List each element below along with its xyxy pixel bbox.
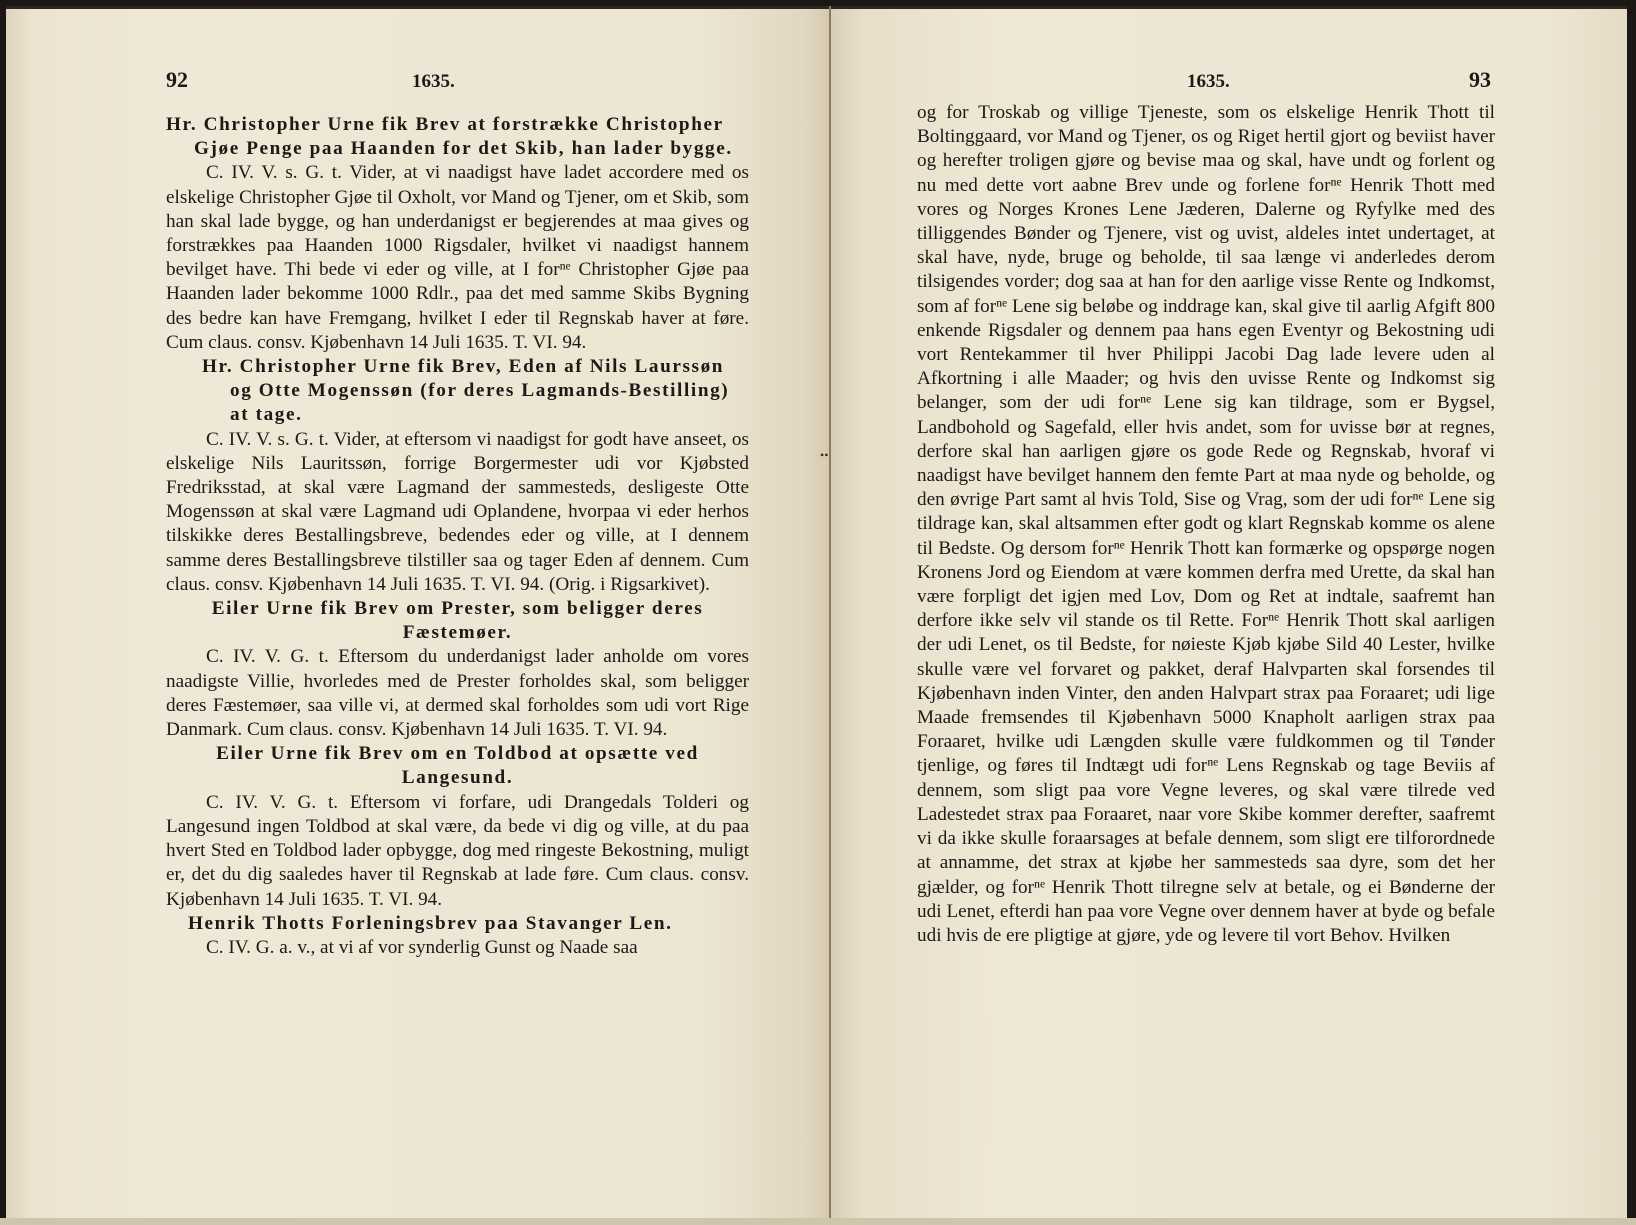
page-number-left: 92 [166,67,188,93]
entry-body: C. IV. V. G. t. Eftersom vi forfare, udi… [166,791,749,912]
entry-body-continued: og for Troskab og villige Tjeneste, som … [917,101,1495,948]
left-page: 92 1635. Hr. Christopher Urne fik Brev a… [6,6,830,1221]
page-number-right: 93 [1469,67,1491,93]
book-spread: 92 1635. Hr. Christopher Urne fik Brev a… [0,0,1636,1225]
running-head-right: 1635. [1187,71,1230,93]
running-head-left: 1635. [412,71,455,93]
entry-heading: Henrik Thotts Forleningsbrev paa Stavang… [166,912,749,936]
page-bottom-edge [0,1218,1636,1225]
entry-body: C. IV. V. s. G. t. Vider, at vi naadigst… [166,161,749,355]
entry-body: C. IV. V. G. t. Eftersom du underdanigst… [166,645,749,742]
entry-heading: Hr. Christopher Urne fik Brev, Eden af N… [166,355,749,428]
left-page-text: Hr. Christopher Urne fik Brev at forstræ… [166,113,749,960]
entry-heading: Hr. Christopher Urne fik Brev at forstræ… [166,113,749,161]
right-page-text: og for Troskab og villige Tjeneste, som … [917,101,1495,948]
entry-body: C. IV. V. s. G. t. Vider, at eftersom vi… [166,428,749,597]
gutter-stitch-mark: •• [820,448,828,463]
entry-heading: Eiler Urne fik Brev om Prester, som beli… [166,597,749,645]
entry-heading: Eiler Urne fik Brev om en Toldbod at ops… [166,742,749,790]
right-page: 1635. 93 og for Troskab og villige Tjene… [831,6,1627,1221]
entry-body: C. IV. G. a. v., at vi af vor synderlig … [166,936,749,960]
